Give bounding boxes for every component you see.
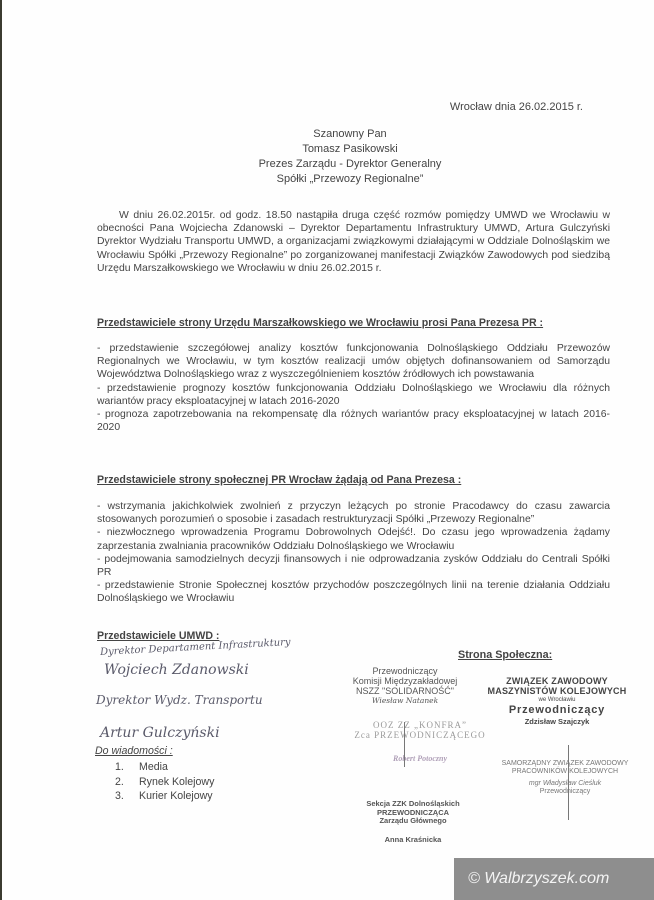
umwd-signatures-heading: Przedstawiciele UMWD :	[97, 630, 219, 642]
date-line: Wrocław dnia 26.02.2015 r.	[450, 101, 583, 113]
section-social-list: - wstrzymania jakichkolwiek zwolnień z p…	[97, 500, 610, 606]
section-social-heading: Przedstawiciele strony społecznej PR Wro…	[97, 474, 461, 486]
addressee-company: Spółki „Przewozy Regionalne”	[160, 172, 540, 187]
list-item: - prognoza zapotrzebowania na rekompensa…	[97, 408, 610, 434]
cc-item: 1.Media	[115, 760, 214, 775]
addressee-name: Tomasz Pasikowski	[160, 142, 540, 157]
handwritten-title-2: Dyrektor Wydz. Transportu	[96, 693, 263, 707]
list-item: - podejmowania samodzielnych decyzji fin…	[97, 553, 610, 579]
stamp-konfra: OOZ ZZ „KONFRA” Zca PRZEWODNICZĄCEGO Rob…	[350, 720, 490, 764]
stamp-zzm: ZWIĄZEK ZAWODOWY MASZYNISTÓW KOLEJOWYCH …	[482, 676, 632, 727]
cc-item: 2.Rynek Kolejowy	[115, 775, 214, 790]
stamp-zzk: Sekcja ZZK Dolnośląskich PRZEWODNICZĄCA …	[358, 800, 468, 844]
addressee-block: Szanowny Pan Tomasz Pasikowski Prezes Za…	[160, 127, 540, 187]
list-item: - przedstawienie Stronie Społecznej kosz…	[97, 579, 610, 605]
stamp-samorzadny: SAMORZĄDNY ZWIĄZEK ZAWODOWY PRACOWNIKÓW …	[500, 760, 630, 796]
handwritten-signature-2: Artur Gulczyński	[100, 725, 220, 741]
watermark-badge: © Walbrzyszek.com	[454, 858, 654, 900]
cc-heading: Do wiadomości :	[95, 745, 173, 757]
social-side-heading: Strona Społeczna:	[458, 649, 552, 661]
addressee-position: Prezes Zarządu - Dyrektor Generalny	[160, 157, 540, 172]
cc-item: 3.Kurier Kolejowy	[115, 789, 214, 804]
section-umwd-list: - przedstawienie szczegółowej analizy ko…	[97, 342, 610, 434]
watermark-text: © Walbrzyszek.com	[468, 870, 609, 888]
list-item: - przedstawienie prognozy kosztów funkcj…	[97, 382, 610, 408]
handwritten-signature-1: Wojciech Zdanowski	[104, 662, 249, 678]
signature-stroke	[404, 722, 405, 767]
list-item: - wstrzymania jakichkolwiek zwolnień z p…	[97, 500, 610, 526]
cc-list: 1.Media 2.Rynek Kolejowy 3.Kurier Kolejo…	[115, 760, 214, 804]
letter-page: Wrocław dnia 26.02.2015 r. Szanowny Pan …	[0, 0, 654, 900]
list-item: - przedstawienie szczegółowej analizy ko…	[97, 342, 610, 382]
signature-stroke	[568, 745, 569, 820]
stamp-solidarnosc: Przewodniczący Komisji Międzyzakładowej …	[345, 666, 465, 706]
intro-paragraph: W dniu 26.02.2015r. od godz. 18.50 nastą…	[97, 209, 610, 275]
list-item: - niezwłocznego wprowadzenia Programu Do…	[97, 526, 610, 552]
addressee-salutation: Szanowny Pan	[160, 127, 540, 142]
section-umwd-heading: Przedstawiciele strony Urzędu Marszałkow…	[97, 317, 543, 329]
